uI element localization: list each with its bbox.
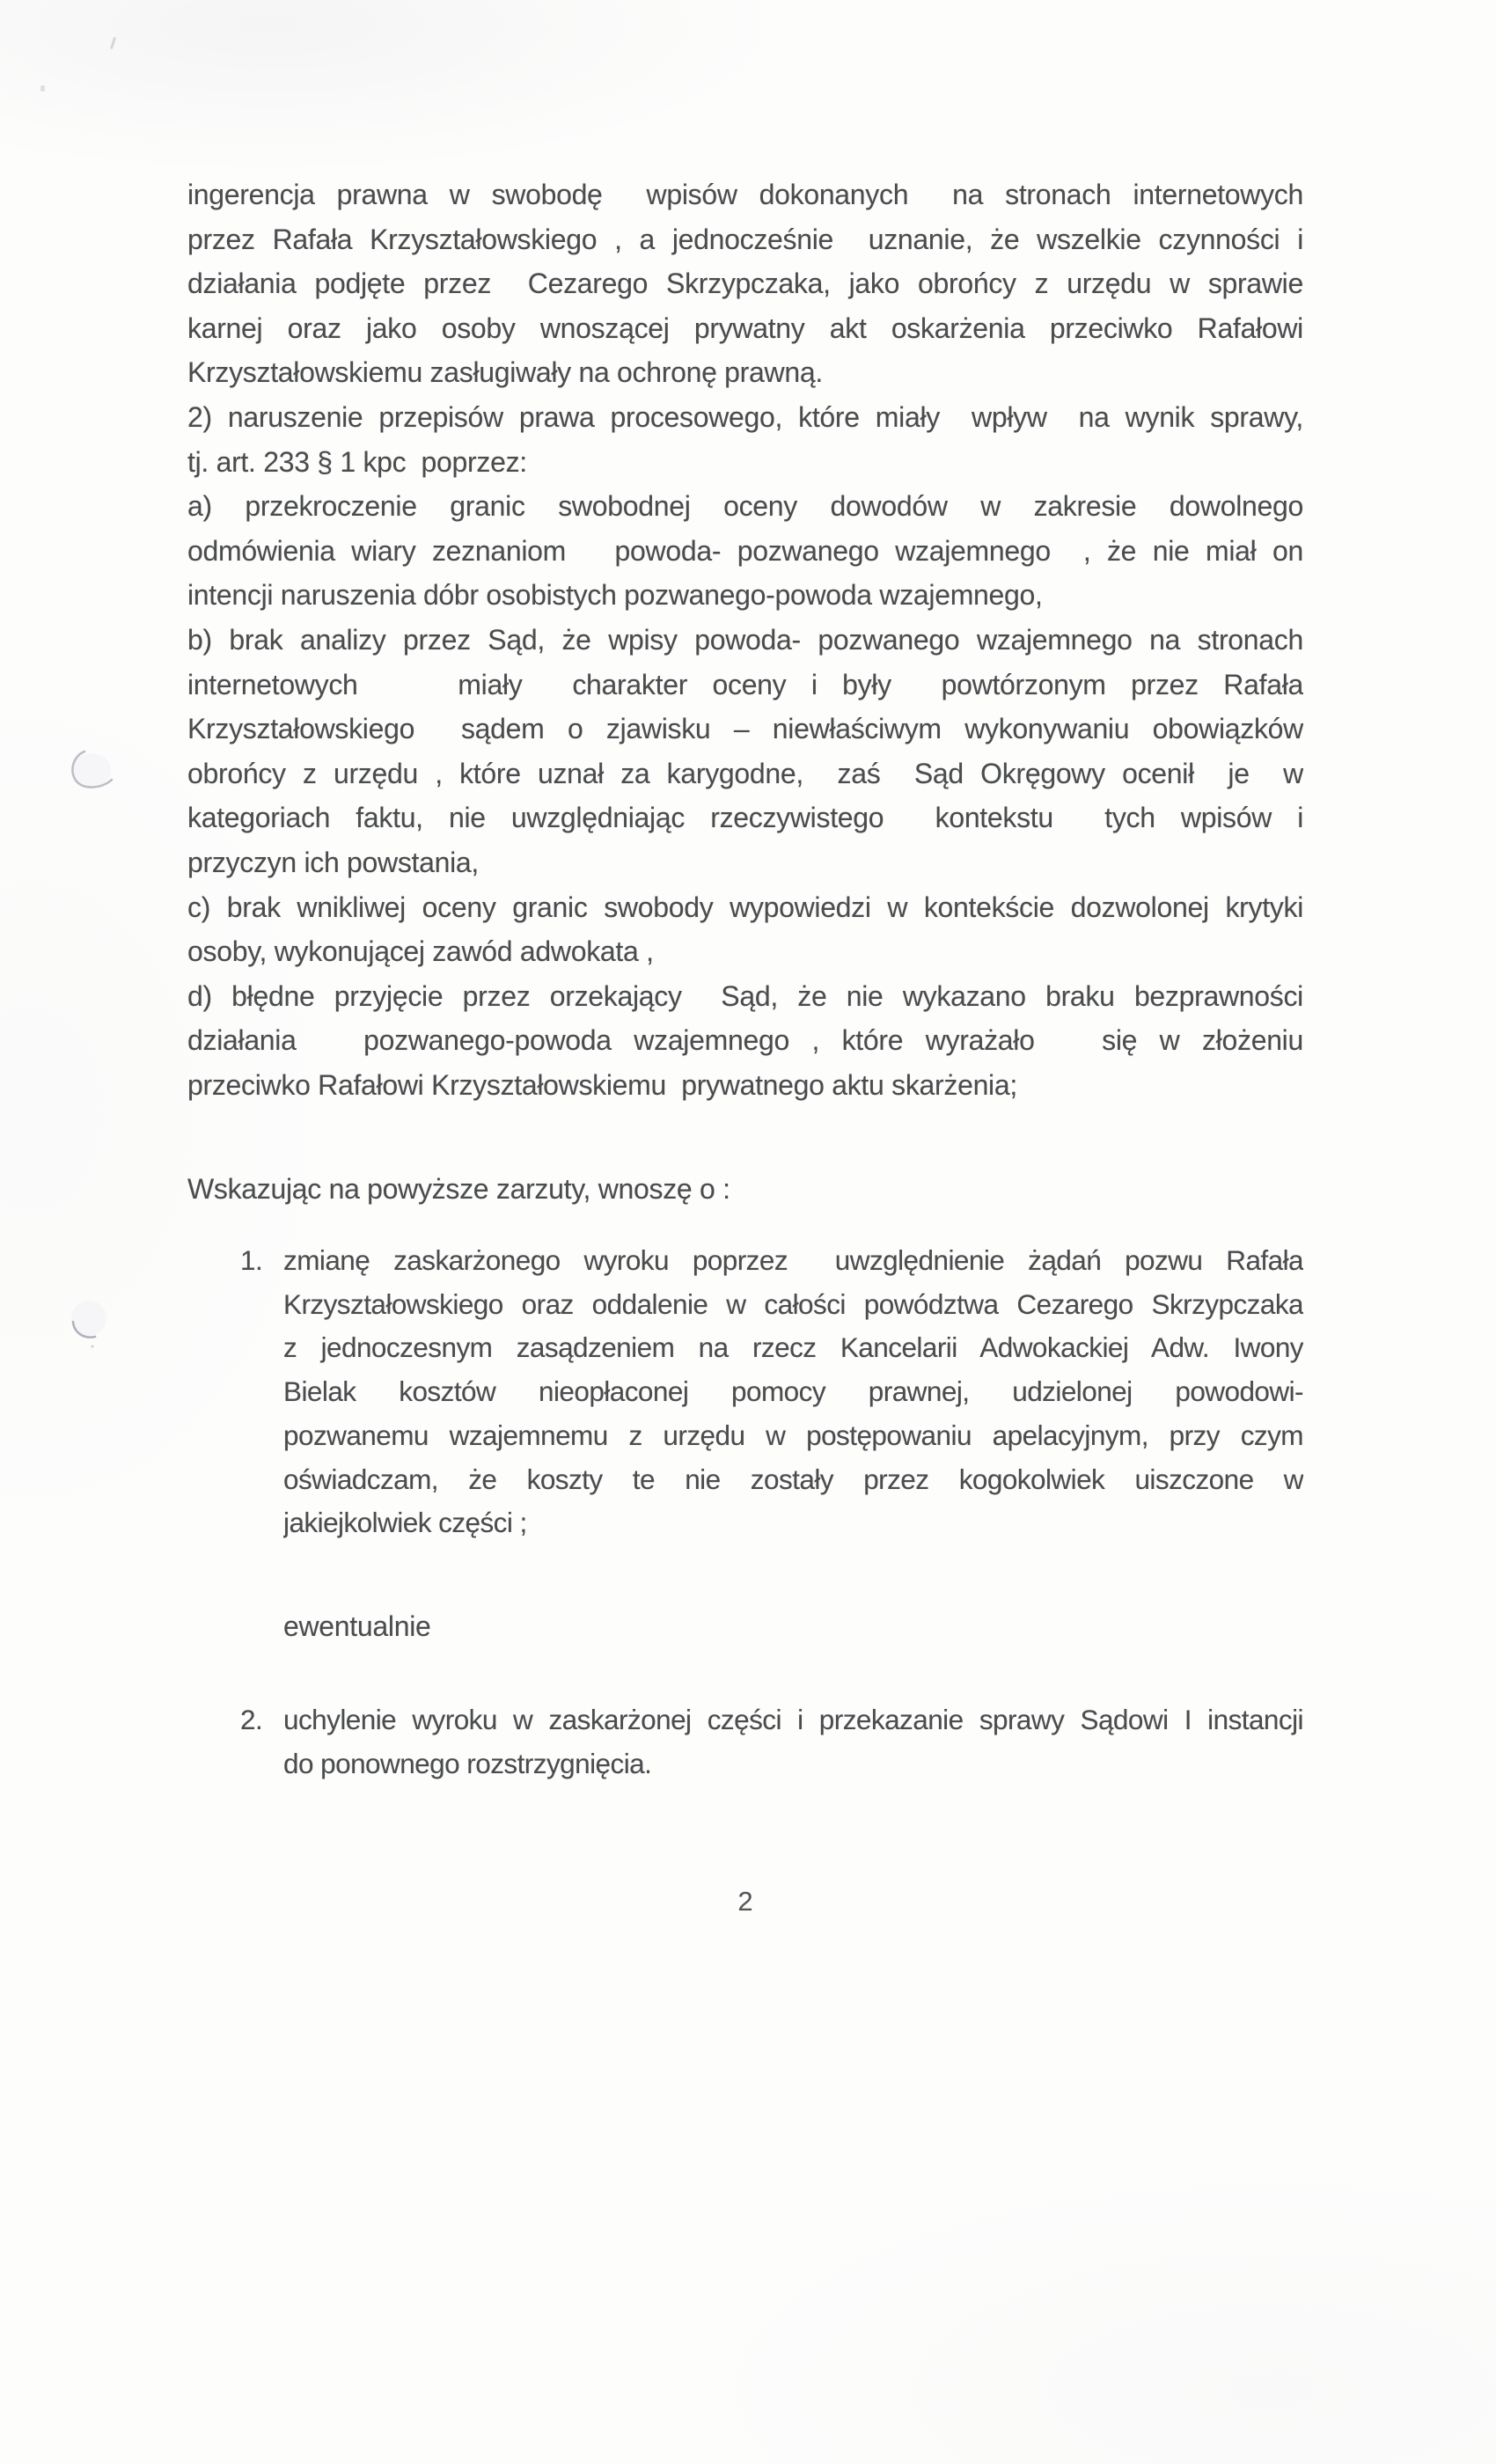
text-line: ingerencja prawna w swobodę wpisów dokon… [187, 172, 1303, 217]
ink-smudge-icon [67, 748, 123, 797]
petition-number: 1. [240, 1239, 262, 1283]
text-line: Krzyształowskiego oraz oddalenie w całoś… [283, 1283, 1303, 1327]
text-line: z jednoczesnym zasądzeniem na rzecz Kanc… [283, 1326, 1303, 1370]
petition-lines: uchylenie wyroku w zaskarżonej części i … [283, 1698, 1303, 1786]
page-number: 2 [187, 1886, 1303, 1918]
text-line: jakiejkolwiek części ; [283, 1501, 1303, 1545]
text-line: przyczyn ich powstania, [187, 840, 1303, 885]
text-line: osoby, wykonującej zawód adwokata , [187, 929, 1303, 974]
text-line: intencji naruszenia dóbr osobistych pozw… [187, 573, 1303, 618]
text-line: 2) naruszenie przepisów prawa procesoweg… [187, 395, 1303, 440]
text-line: Krzyształowskiemu zasługiwały na ochronę… [187, 350, 1303, 395]
scanned-page: ingerencja prawna w swobodę wpisów dokon… [0, 0, 1496, 2464]
text-line: pozwanemu wzajemnemu z urzędu w postępow… [283, 1414, 1303, 1458]
text-line: Bielak kosztów nieopłaconej pomocy prawn… [283, 1370, 1303, 1414]
text-line: odmówienia wiary zeznaniom powoda- pozwa… [187, 529, 1303, 574]
scan-speck-icon [110, 37, 116, 49]
document-body: ingerencja prawna w swobodę wpisów dokon… [187, 172, 1303, 1786]
text-line: uchylenie wyroku w zaskarżonej części i … [283, 1698, 1303, 1742]
petition-lines: zmianę zaskarżonego wyroku poprzez uwzgl… [283, 1239, 1303, 1545]
petition-item-2: 2. uchylenie wyroku w zaskarżonej części… [187, 1698, 1303, 1786]
scan-speck-icon [40, 85, 45, 92]
text-line: tj. art. 233 § 1 kpc poprzez: [187, 440, 1303, 485]
text-line: obrońcy z urzędu , które uznał za karygo… [187, 752, 1303, 796]
text-line: internetowych miały charakter oceny i by… [187, 663, 1303, 708]
appeal-grounds-section: ingerencja prawna w swobodę wpisów dokon… [187, 172, 1303, 1107]
text-line: kategoriach faktu, nie uwzględniając rze… [187, 796, 1303, 840]
ink-smudge-icon [69, 1296, 114, 1349]
text-line: przez Rafała Krzyształowskiego , a jedno… [187, 217, 1303, 262]
text-line: do ponownego rozstrzygnięcia. [283, 1742, 1303, 1786]
text-line: Krzyształowskiego sądem o zjawisku – nie… [187, 707, 1303, 752]
text-line: a) przekroczenie granic swobodnej oceny … [187, 484, 1303, 529]
text-line: działania pozwanego-powoda wzajemnego , … [187, 1018, 1303, 1063]
text-line: przeciwko Rafałowi Krzyształowskiemu pry… [187, 1063, 1303, 1108]
text-line: oświadczam, że koszty te nie zostały prz… [283, 1458, 1303, 1502]
petition-number: 2. [240, 1698, 262, 1742]
text-line: d) błędne przyjęcie przez orzekający Sąd… [187, 974, 1303, 1019]
text-line: zmianę zaskarżonego wyroku poprzez uwzgl… [283, 1239, 1303, 1283]
text-line: c) brak wnikliwej oceny granic swobody w… [187, 885, 1303, 930]
text-line: b) brak analizy przez Sąd, że wpisy powo… [187, 618, 1303, 663]
petition-intro-line: Wskazując na powyższe zarzuty, wnoszę o … [187, 1167, 1303, 1212]
text-line: karnej oraz jako osoby wnoszącej prywatn… [187, 306, 1303, 351]
alternative-separator-label: ewentualnie [283, 1604, 1303, 1649]
petition-item-1: 1. zmianę zaskarżonego wyroku poprzez uw… [187, 1239, 1303, 1545]
text-line: działania podjęte przez Cezarego Skrzypc… [187, 261, 1303, 306]
